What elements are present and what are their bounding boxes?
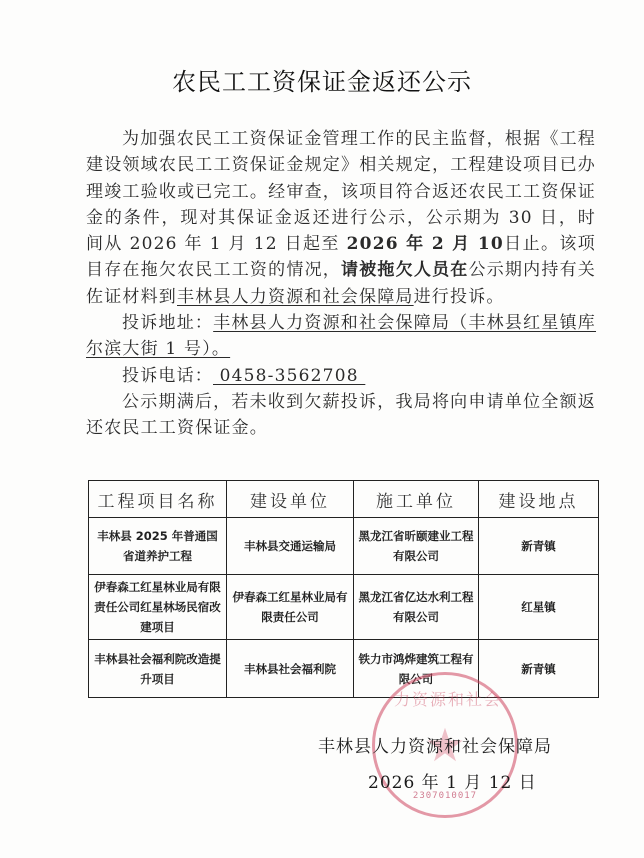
table-row: 丰林县 2025 年普通国省道养护工程 丰林县交通运输局 黑龙江省昕颐建业工程有… xyxy=(89,518,599,575)
cell-location: 红星镇 xyxy=(479,575,599,640)
signature-organization: 丰林县人力资源和社会保障局 xyxy=(318,732,552,757)
cell-contractor: 黑龙江省昕颐建业工程有限公司 xyxy=(354,518,479,575)
bureau-name: 丰林县人力资源和社会保障局 xyxy=(177,287,414,307)
cell-builder: 丰林县交通运输局 xyxy=(227,518,354,575)
complaint-address-label: 投诉地址： xyxy=(122,313,213,333)
complaint-address: 投诉地址：丰林县人力资源和社会保障局（丰林县红星镇库尔滨大街 1 号）。 xyxy=(86,310,596,363)
header-contractor: 施工单位 xyxy=(354,481,479,518)
cell-project: 丰林县社会福利院改造提升项目 xyxy=(89,640,227,698)
cell-location: 新青镇 xyxy=(479,518,599,575)
document-title: 农民工工资保证金返还公示 xyxy=(0,62,644,97)
header-project-name: 工程项目名称 xyxy=(89,481,227,518)
complaint-phone: 投诉电话： 0458-3562708 xyxy=(86,363,596,389)
cell-builder: 丰林县社会福利院 xyxy=(227,640,354,698)
cell-builder: 伊春森工红星林业局有限责任公司 xyxy=(227,575,354,640)
paragraph-main: 为加强农民工工资保证金管理工作的民主监督，根据《工程建设领域农民工工资保证金规定… xyxy=(86,126,596,310)
seal-text: 力资源和社会 xyxy=(389,687,507,710)
table-row: 丰林县社会福利院改造提升项目 丰林县社会福利院 铁力市鸿烨建筑工程有限公司 新青… xyxy=(89,640,599,698)
end-date: 2026 年 2 月 10 xyxy=(347,234,504,254)
header-builder: 建设单位 xyxy=(227,481,354,518)
notice-body: 为加强农民工工资保证金管理工作的民主监督，根据《工程建设领域农民工工资保证金规定… xyxy=(86,126,596,442)
complaint-phone-label: 投诉电话： xyxy=(122,366,213,386)
table-row: 伊春森工红星林业局有限责任公司红星林场民宿改建项目 伊春森工红星林业局有限责任公… xyxy=(89,575,599,640)
paragraph-refund: 公示期满后，若未收到欠薪投诉，我局将向申请单位全额返还农民工工资保证金。 xyxy=(86,389,596,442)
signature-date: 2026 年 1 月 12 日 xyxy=(368,768,537,793)
cell-project: 丰林县 2025 年普通国省道养护工程 xyxy=(89,518,227,575)
request-text: 请被拖欠人员在 xyxy=(341,260,469,280)
table-header-row: 工程项目名称 建设单位 施工单位 建设地点 xyxy=(89,481,599,518)
cell-project: 伊春森工红星林业局有限责任公司红星林场民宿改建项目 xyxy=(89,575,227,640)
complaint-phone-value: 0458-3562708 xyxy=(213,366,365,386)
paragraph-text: 进行投诉。 xyxy=(414,287,505,307)
header-location: 建设地点 xyxy=(479,481,599,518)
projects-table: 工程项目名称 建设单位 施工单位 建设地点 丰林县 2025 年普通国省道养护工… xyxy=(88,480,599,698)
cell-contractor: 黑龙江省亿达水利工程有限公司 xyxy=(354,575,479,640)
